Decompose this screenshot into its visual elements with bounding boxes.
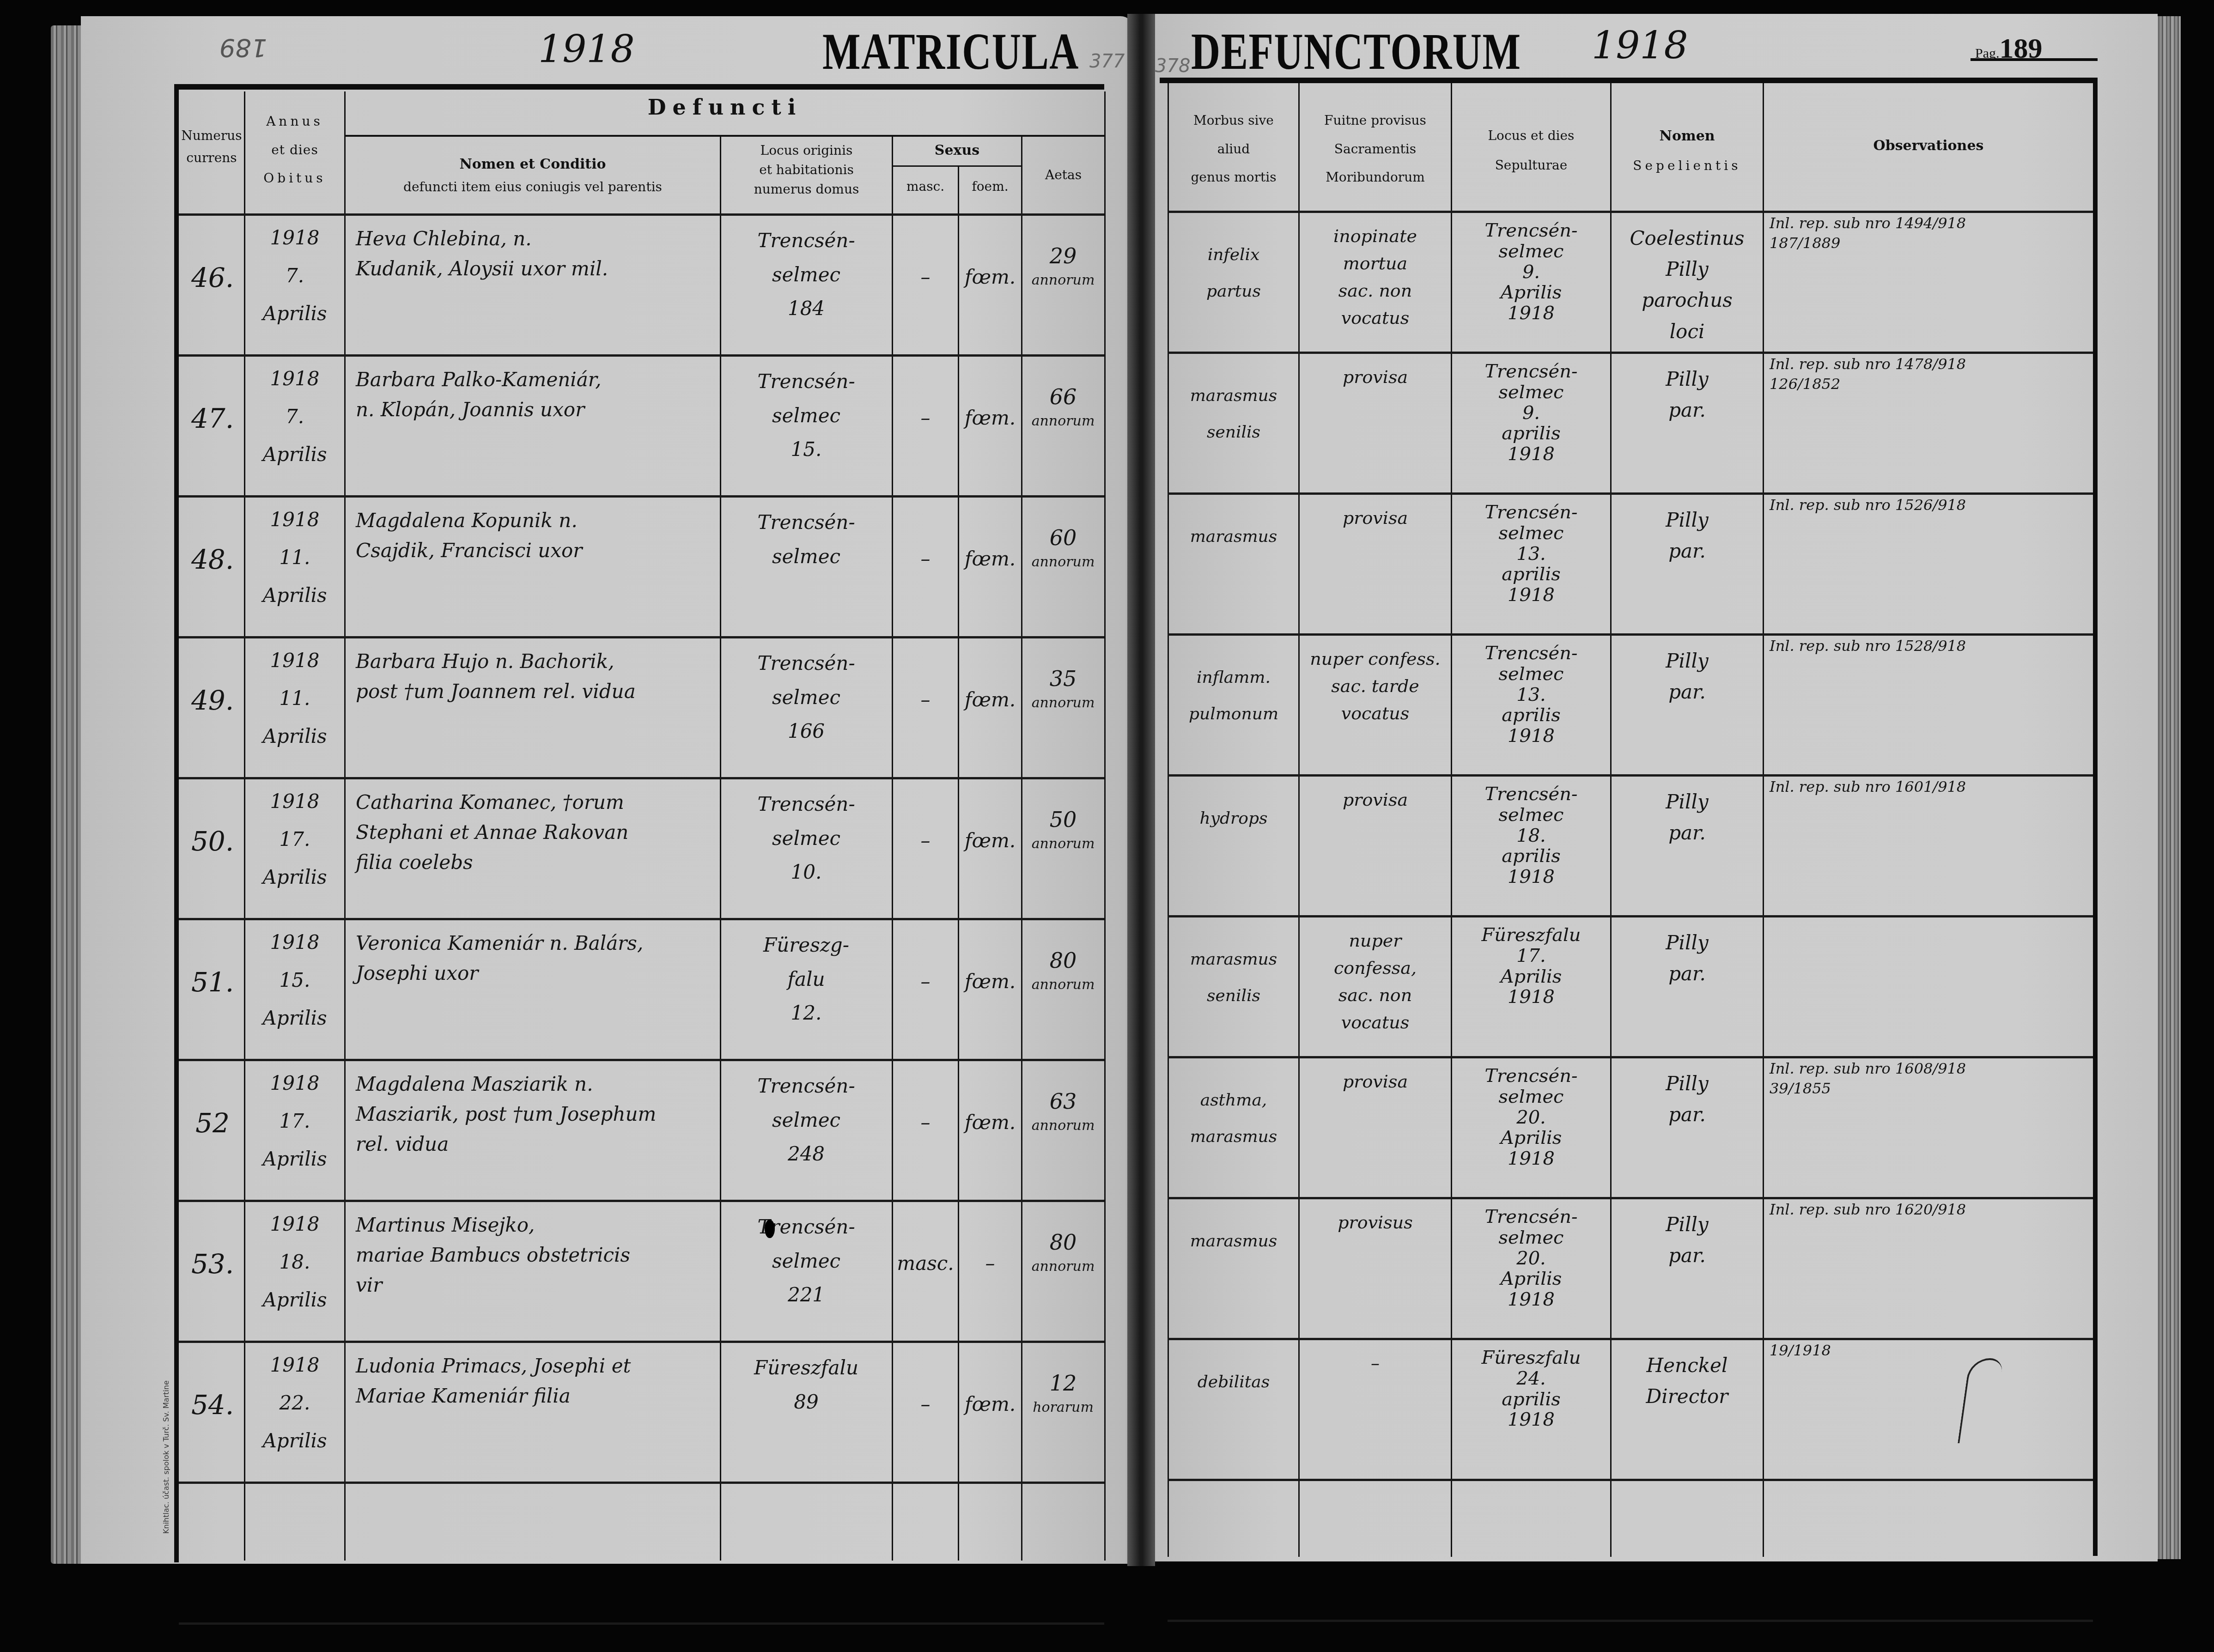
locus-line: falu xyxy=(722,962,891,996)
locus-originis: Trencsén-selmec10. xyxy=(722,787,891,889)
age-value: 12 xyxy=(1022,1368,1104,1398)
locus-line: selmec xyxy=(722,1103,891,1137)
observationes: Inl. rep. sub nro 1601/918 xyxy=(1770,777,2093,797)
sepultura-line: 20. xyxy=(1452,1107,1610,1128)
locus-line: 15. xyxy=(722,432,891,467)
sepultura-line: selmec xyxy=(1452,523,1610,544)
aetas: 29annorum xyxy=(1022,241,1104,290)
name-line: Barbara Palko-Kameniár, xyxy=(356,364,716,395)
age-value: 29 xyxy=(1022,241,1104,271)
sepultura-line: selmec xyxy=(1452,1087,1610,1107)
sepultura-line: selmec xyxy=(1452,1227,1610,1248)
title-matricula: MATRICULA xyxy=(822,22,1079,82)
observationes: Inl. rep. sub nro 1494/918187/1889 xyxy=(1770,213,2093,253)
obitus-year: 1918 xyxy=(246,642,344,680)
locus-line: 248 xyxy=(722,1137,891,1171)
name-line: Csajdik, Francisci uxor xyxy=(356,535,716,565)
obitus-month: Aprilis xyxy=(246,1281,344,1319)
sepeliens: Pillypar. xyxy=(1612,645,1763,707)
provisus-line: provisus xyxy=(1300,1209,1451,1236)
age-unit: annorum xyxy=(1022,693,1104,713)
morbus-line: marasmus xyxy=(1169,1223,1298,1259)
provisus: provisa xyxy=(1300,504,1451,532)
locus-line: Füreszfalu xyxy=(722,1351,891,1385)
stamped-page-number: 189 xyxy=(219,33,267,62)
sepultura-line: aprilis xyxy=(1452,564,1610,585)
date-obitus: 191811.Aprilis xyxy=(246,501,344,614)
provisus-line: provisa xyxy=(1300,504,1451,532)
sepultura-line: 9. xyxy=(1452,403,1610,424)
morbus-line: marasmus xyxy=(1169,518,1298,555)
sex-masc: – xyxy=(894,687,957,713)
provisus: inopinatemortuasac. nonvocatus xyxy=(1300,223,1451,332)
morbus-line: hydrops xyxy=(1169,800,1298,837)
sepeliens-line: par. xyxy=(1612,395,1763,425)
sepeliens: CoelestinusPillyparochusloci xyxy=(1612,223,1763,347)
locus-line: Trencsén- xyxy=(722,505,891,540)
age-unit: annorum xyxy=(1022,412,1104,431)
sepeliens-line: Pilly xyxy=(1612,1209,1763,1240)
table-row: 50.191817.AprilisCatharina Komanec, †oru… xyxy=(0,777,2214,918)
morbus-line: marasmus xyxy=(1169,1118,1298,1155)
sepultura-line: selmec xyxy=(1452,382,1610,403)
header-text: Annus xyxy=(245,107,344,136)
locus-originis: Trencsén-selmec15. xyxy=(722,364,891,467)
sepultura: Füreszfalu17.Aprilis1918 xyxy=(1452,925,1610,1008)
date-obitus: 191817.Aprilis xyxy=(246,1064,344,1178)
morbus: marasmus xyxy=(1169,518,1298,555)
header-locus: Locus originis et habitationis numerus d… xyxy=(721,141,892,199)
header-text: aliud xyxy=(1169,135,1298,164)
right-pencil-folio: 378 xyxy=(1155,55,1190,77)
observation-line: Inl. rep. sub nro 1608/918 xyxy=(1770,1059,2093,1079)
locus-line: 184 xyxy=(722,292,891,326)
sepultura-line: 1918 xyxy=(1452,867,1610,887)
date-obitus: 191817.Aprilis xyxy=(246,783,344,896)
sepultura-line: aprilis xyxy=(1452,846,1610,867)
locus-line: 12. xyxy=(722,996,891,1030)
header-defuncti: Defuncti xyxy=(346,95,1104,120)
age-unit: annorum xyxy=(1022,271,1104,290)
sepultura-line: selmec xyxy=(1452,805,1610,826)
sepeliens-line: Pilly xyxy=(1612,645,1763,676)
provisus: nuperconfessa,sac. nonvocatus xyxy=(1300,927,1451,1036)
name-line: Magdalena Kopunik n. xyxy=(356,505,716,535)
header-text: et dies xyxy=(245,136,344,164)
morbus-line: senilis xyxy=(1169,978,1298,1014)
age-value: 66 xyxy=(1022,382,1104,412)
sepeliens: Pillypar. xyxy=(1612,364,1763,425)
sex-masc: – xyxy=(894,1391,957,1418)
name-conditio: Magdalena Kopunik n.Csajdik, Francisci u… xyxy=(356,505,716,565)
sepeliens-line: Henckel xyxy=(1612,1350,1763,1381)
name-line: mariae Bambucs obstetricis xyxy=(356,1240,716,1270)
provisus: provisa xyxy=(1300,1068,1451,1095)
name-line: Catharina Komanec, †orum xyxy=(356,787,716,817)
sepultura-line: Füreszfalu xyxy=(1452,925,1610,946)
provisus: provisa xyxy=(1300,786,1451,814)
sepultura-line: aprilis xyxy=(1452,705,1610,726)
provisus: provisus xyxy=(1300,1209,1451,1236)
row-number: 52 xyxy=(181,1105,244,1141)
name-line: vir xyxy=(356,1270,716,1300)
header-foem: foem. xyxy=(959,176,1021,198)
age-value: 80 xyxy=(1022,1227,1104,1257)
sepultura-line: 1918 xyxy=(1452,987,1610,1008)
provisus-line: vocatus xyxy=(1300,1009,1451,1036)
sepultura: Trencsén-selmec9.Aprilis1918 xyxy=(1452,220,1610,324)
header-nomen: Nomen et Conditio defuncti item eius con… xyxy=(346,152,720,198)
header-annus: Annus et dies Obitus xyxy=(245,107,344,193)
left-year-handwritten: 1918 xyxy=(538,28,635,72)
sepeliens-line: Pilly xyxy=(1612,1068,1763,1099)
sepultura-line: Trencsén- xyxy=(1452,502,1610,523)
name-line: Josephi uxor xyxy=(356,958,716,988)
defuncti-subrule xyxy=(344,135,1104,137)
date-obitus: 191811.Aprilis xyxy=(246,642,344,755)
sepultura-line: 1918 xyxy=(1452,1289,1610,1310)
name-line: Veronica Kameniár n. Balárs, xyxy=(356,928,716,958)
name-line: filia coelebs xyxy=(356,847,716,877)
sepultura-line: 1918 xyxy=(1452,1148,1610,1169)
morbus-line: senilis xyxy=(1169,414,1298,450)
morbus-line: debilitas xyxy=(1169,1364,1298,1400)
header-numerus: Numerus currens xyxy=(179,125,244,169)
age-unit: annorum xyxy=(1022,553,1104,572)
morbus: debilitas xyxy=(1169,1364,1298,1400)
provisus-line: sac. tarde xyxy=(1300,673,1451,700)
morbus-line: marasmus xyxy=(1169,941,1298,978)
sepultura-line: Aprilis xyxy=(1452,966,1610,987)
sepultura: Trencsén-selmec13.aprilis1918 xyxy=(1452,502,1610,606)
observation-line: Inl. rep. sub nro 1478/918 xyxy=(1770,354,2093,374)
header-text: Numerus xyxy=(179,125,244,147)
morbus-line: marasmus xyxy=(1169,377,1298,414)
obitus-month: Aprilis xyxy=(246,436,344,474)
locus-line: 221 xyxy=(722,1278,891,1312)
sepeliens-line: par. xyxy=(1612,535,1763,566)
locus-line: selmec xyxy=(722,821,891,856)
sepultura-line: Füreszfalu xyxy=(1452,1348,1610,1368)
aetas: 50annorum xyxy=(1022,805,1104,854)
sex-foem: fœm. xyxy=(960,1391,1021,1418)
sepeliens-line: par. xyxy=(1612,676,1763,707)
locus-line: Füreszg- xyxy=(722,928,891,962)
obitus-day: 17. xyxy=(246,1102,344,1140)
locus-line: Trencsén- xyxy=(722,1210,891,1244)
sex-masc: – xyxy=(894,969,957,995)
header-text: currens xyxy=(179,147,244,169)
sepultura-line: Aprilis xyxy=(1452,282,1610,303)
aetas: 63annorum xyxy=(1022,1087,1104,1136)
header-text: numerus domus xyxy=(721,180,892,199)
sepultura: Trencsén-selmec20.Aprilis1918 xyxy=(1452,1066,1610,1169)
provisus-line: provisa xyxy=(1300,1068,1451,1095)
header-text: Nomen et Conditio xyxy=(346,152,720,176)
page-number-underline xyxy=(1971,58,2098,61)
locus-line: 89 xyxy=(722,1385,891,1419)
obitus-day: 17. xyxy=(246,820,344,858)
locus-originis: Trencsén-selmec221 xyxy=(722,1210,891,1312)
table-row: 54.191822.AprilisLudonia Primacs, Joseph… xyxy=(0,1341,2214,1482)
obitus-year: 1918 xyxy=(246,923,344,961)
sex-foem: fœm. xyxy=(960,1110,1021,1136)
obitus-year: 1918 xyxy=(246,783,344,820)
header-text: Locus et dies xyxy=(1452,121,1610,151)
row-separator xyxy=(1168,211,2093,213)
sepeliens: Pillypar. xyxy=(1612,927,1763,989)
observation-line: Inl. rep. sub nro 1494/918 xyxy=(1770,213,2093,233)
header-sexus: Sexus xyxy=(893,139,1021,162)
sepultura-line: 13. xyxy=(1452,544,1610,565)
sex-foem: fœm. xyxy=(960,969,1021,995)
obitus-month: Aprilis xyxy=(246,999,344,1037)
sex-masc: masc. xyxy=(894,1251,957,1277)
observationes: 19/1918 xyxy=(1770,1341,2093,1360)
sepultura-line: 9. xyxy=(1452,262,1610,283)
aetas: 66annorum xyxy=(1022,382,1104,431)
observation-line: Inl. rep. sub nro 1526/918 xyxy=(1770,495,2093,515)
name-conditio: Heva Chlebina, n.Kudanik, Aloysii uxor m… xyxy=(356,224,716,284)
date-obitus: 19187.Aprilis xyxy=(246,360,344,474)
name-line: Kudanik, Aloysii uxor mil. xyxy=(356,254,716,284)
locus-line: selmec xyxy=(722,258,891,292)
sex-masc: – xyxy=(894,546,957,572)
row-separator xyxy=(1168,1620,2093,1622)
provisus: nuper confess.sac. tardevocatus xyxy=(1300,645,1451,727)
morbus-line: infelix xyxy=(1169,237,1298,273)
sepeliens: Pillypar. xyxy=(1612,786,1763,848)
name-conditio: Martinus Misejko,mariae Bambucs obstetri… xyxy=(356,1210,716,1300)
age-value: 60 xyxy=(1022,523,1104,553)
locus-line: Trencsén- xyxy=(722,646,891,680)
obitus-day: 15. xyxy=(246,961,344,999)
morbus-line: asthma, xyxy=(1169,1082,1298,1118)
header-text: Moribundorum xyxy=(1300,163,1451,192)
name-line: Magdalena Masziarik n. xyxy=(356,1069,716,1099)
sepeliens-line: loci xyxy=(1612,316,1763,347)
age-value: 63 xyxy=(1022,1087,1104,1116)
sepultura-line: aprilis xyxy=(1452,1389,1610,1410)
name-conditio: Magdalena Masziarik n.Masziarik, post †u… xyxy=(356,1069,716,1159)
sepultura-line: Trencsén- xyxy=(1452,643,1610,664)
locus-line: 10. xyxy=(722,855,891,889)
provisus-line: sac. non xyxy=(1300,277,1451,304)
observationes: Inl. rep. sub nro 1620/918 xyxy=(1770,1200,2093,1220)
obitus-day: 7. xyxy=(246,398,344,436)
header-observationes: Observationes xyxy=(1764,134,2093,158)
sepeliens-line: Director xyxy=(1612,1381,1763,1412)
row-number: 47. xyxy=(181,401,244,437)
morbus: marasmus xyxy=(1169,1223,1298,1259)
sepultura-line: Aprilis xyxy=(1452,1128,1610,1148)
observation-line: 39/1855 xyxy=(1770,1079,2093,1099)
sepeliens-line: Pilly xyxy=(1612,927,1763,958)
sepultura-line: Trencsén- xyxy=(1452,1207,1610,1227)
sepultura: Füreszfalu24.aprilis1918 xyxy=(1452,1348,1610,1430)
sepeliens-line: Pilly xyxy=(1612,364,1763,395)
locus-originis: Trencsén-selmec xyxy=(722,505,891,573)
observation-line: 126/1852 xyxy=(1770,374,2093,394)
header-text: Sepulturae xyxy=(1452,151,1610,180)
header-text: Locus originis xyxy=(721,141,892,160)
sex-foem: fœm. xyxy=(960,405,1021,431)
provisus-line: nuper confess. xyxy=(1300,645,1451,673)
sepultura: Trencsén-selmec13.aprilis1918 xyxy=(1452,643,1610,747)
header-provisus: Fuitne provisus Sacramentis Moribundorum xyxy=(1300,106,1451,192)
locus-originis: Trencsén-selmec184 xyxy=(722,224,891,326)
name-conditio: Barbara Hujo n. Bachorik,post †um Joanne… xyxy=(356,646,716,706)
provisus-line: provisa xyxy=(1300,364,1451,391)
sex-foem: fœm. xyxy=(960,687,1021,713)
table-row: 53.191818.AprilisMartinus Misejko,mariae… xyxy=(0,1200,2214,1341)
obitus-year: 1918 xyxy=(246,1346,344,1384)
sepeliens-line: Pilly xyxy=(1612,254,1763,285)
morbus: marasmussenilis xyxy=(1169,941,1298,1014)
sepultura-line: 1918 xyxy=(1452,726,1610,747)
left-pencil-folio: 377 xyxy=(1089,51,1125,72)
locus-originis: Trencsén-selmec166 xyxy=(722,646,891,748)
sepeliens-line: parochus xyxy=(1612,285,1763,316)
morbus-line: partus xyxy=(1169,273,1298,310)
header-masc: masc. xyxy=(893,176,958,198)
sepultura-line: 1918 xyxy=(1452,585,1610,606)
observation-line: 19/1918 xyxy=(1770,1341,2093,1360)
morbus: hydrops xyxy=(1169,800,1298,837)
provisus-line: inopinate xyxy=(1300,223,1451,250)
aetas: 35annorum xyxy=(1022,664,1104,713)
sex-foem: fœm. xyxy=(960,264,1021,291)
obitus-year: 1918 xyxy=(246,219,344,257)
morbus: marasmussenilis xyxy=(1169,377,1298,450)
sepultura-line: 20. xyxy=(1452,1248,1610,1269)
name-line: n. Klopán, Joannis uxor xyxy=(356,395,716,425)
age-value: 80 xyxy=(1022,946,1104,975)
locus-line: Trencsén- xyxy=(722,364,891,399)
observation-line: Inl. rep. sub nro 1528/918 xyxy=(1770,636,2093,656)
locus-originis: Füreszfalu89 xyxy=(722,1351,891,1419)
morbus: asthma,marasmus xyxy=(1169,1082,1298,1155)
table-row: 46.19187.AprilisHeva Chlebina, n.Kudanik… xyxy=(0,213,2214,354)
obitus-month: Aprilis xyxy=(246,858,344,896)
sepultura-line: Trencsén- xyxy=(1452,784,1610,805)
header-text: defuncti item eius coniugis vel parentis xyxy=(346,176,720,198)
name-line: Barbara Hujo n. Bachorik, xyxy=(356,646,716,676)
row-number: 50. xyxy=(181,823,244,859)
sepultura-line: 1918 xyxy=(1452,444,1610,465)
sepultura: Trencsén-selmec9.aprilis1918 xyxy=(1452,361,1610,465)
sepeliens: HenckelDirector xyxy=(1612,1350,1763,1412)
sepultura-line: selmec xyxy=(1452,664,1610,685)
name-line: Mariae Kameniár filia xyxy=(356,1381,716,1411)
name-line: rel. vidua xyxy=(356,1129,716,1159)
sex-foem: fœm. xyxy=(960,828,1021,854)
obitus-day: 11. xyxy=(246,680,344,717)
sepeliens: Pillypar. xyxy=(1612,1209,1763,1271)
sepeliens-line: par. xyxy=(1612,958,1763,989)
provisus-line: sac. non xyxy=(1300,982,1451,1009)
sepultura-line: 13. xyxy=(1452,685,1610,705)
provisus-line: mortua xyxy=(1300,250,1451,277)
sepultura-line: 1918 xyxy=(1452,303,1610,324)
provisus: provisa xyxy=(1300,364,1451,391)
header-text: Fuitne provisus xyxy=(1300,106,1451,135)
observationes: Inl. rep. sub nro 1526/918 xyxy=(1770,495,2093,515)
observationes: Inl. rep. sub nro 1528/918 xyxy=(1770,636,2093,656)
header-text: et habitationis xyxy=(721,160,892,180)
provisus-line: vocatus xyxy=(1300,304,1451,332)
observation-line: 187/1889 xyxy=(1770,233,2093,253)
header-text: genus mortis xyxy=(1169,163,1298,192)
sepultura-line: 1918 xyxy=(1452,1409,1610,1430)
sex-masc: – xyxy=(894,264,957,291)
sex-foem: – xyxy=(960,1251,1021,1277)
locus-line: selmec xyxy=(722,1244,891,1278)
sepeliens-line: par. xyxy=(1612,1240,1763,1271)
right-table-top-rule xyxy=(1160,78,2098,83)
ink-blot xyxy=(765,1220,775,1238)
sex-masc: – xyxy=(894,1110,957,1136)
age-unit: horarum xyxy=(1022,1398,1104,1417)
header-sepultura: Locus et dies Sepulturae xyxy=(1452,121,1610,181)
age-unit: annorum xyxy=(1022,1257,1104,1276)
sepultura-line: Trencsén- xyxy=(1452,220,1610,241)
sepultura-line: selmec xyxy=(1452,241,1610,262)
name-conditio: Catharina Komanec, †orumStephani et Anna… xyxy=(356,787,716,877)
header-text: Sacramentis xyxy=(1300,135,1451,164)
row-number: 51. xyxy=(181,964,244,1000)
age-unit: annorum xyxy=(1022,975,1104,995)
header-text: Morbus sive xyxy=(1169,106,1298,135)
provisus-line: – xyxy=(1300,1350,1451,1377)
provisus-line: vocatus xyxy=(1300,700,1451,727)
table-row: 51.191815.AprilisVeronica Kameniár n. Ba… xyxy=(0,918,2214,1059)
morbus-line: inflamm. xyxy=(1169,659,1298,696)
row-number: 54. xyxy=(181,1387,244,1423)
table-row: 48.191811.AprilisMagdalena Kopunik n.Csa… xyxy=(0,495,2214,636)
row-number: 53. xyxy=(181,1246,244,1282)
name-line: Stephani et Annae Rakovan xyxy=(356,817,716,847)
row-separator xyxy=(179,1482,1104,1484)
sepeliens-line: Pilly xyxy=(1612,504,1763,535)
table-row: 47.19187.AprilisBarbara Palko-Kameniár,n… xyxy=(0,354,2214,495)
right-year-handwritten: 1918 xyxy=(1592,24,1688,68)
sepeliens: Pillypar. xyxy=(1612,1068,1763,1130)
age-value: 35 xyxy=(1022,664,1104,693)
name-conditio: Ludonia Primacs, Josephi etMariae Kameni… xyxy=(356,1351,716,1411)
locus-originis: Füreszg-falu12. xyxy=(722,928,891,1030)
obitus-day: 18. xyxy=(246,1243,344,1281)
observation-line: Inl. rep. sub nro 1620/918 xyxy=(1770,1200,2093,1220)
provisus: – xyxy=(1300,1350,1451,1377)
obitus-day: 7. xyxy=(246,257,344,295)
age-unit: annorum xyxy=(1022,1116,1104,1136)
date-obitus: 191822.Aprilis xyxy=(246,1346,344,1460)
left-table-top-rule xyxy=(174,84,1104,90)
sepultura: Trencsén-selmec18.aprilis1918 xyxy=(1452,784,1610,887)
morbus-line: pulmonum xyxy=(1169,696,1298,732)
row-separator xyxy=(179,1622,1104,1625)
date-obitus: 191815.Aprilis xyxy=(246,923,344,1037)
name-conditio: Barbara Palko-Kameniár,n. Klopán, Joanni… xyxy=(356,364,716,425)
header-text: Obitus xyxy=(245,164,344,193)
name-line: Ludonia Primacs, Josephi et xyxy=(356,1351,716,1381)
obitus-month: Aprilis xyxy=(246,295,344,333)
sepultura-line: 17. xyxy=(1452,946,1610,966)
sepeliens: Pillypar. xyxy=(1612,504,1763,566)
obitus-year: 1918 xyxy=(246,360,344,398)
locus-line: Trencsén- xyxy=(722,224,891,258)
